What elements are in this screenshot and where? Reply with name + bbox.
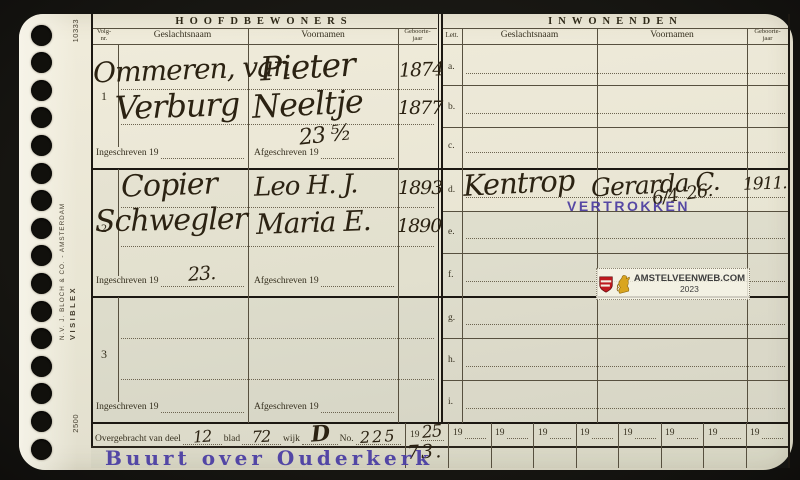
col-header-birthyear-right-2: jaar (747, 36, 788, 43)
dotted-leader (161, 156, 244, 159)
lion-icon (616, 272, 631, 297)
transfer-row: Overgebracht van deel 12 blad 72 wijk D … (95, 426, 401, 445)
year-cell-filled: 19 25 (410, 426, 444, 441)
afgeschreven-label: Afgeschreven 19 (254, 403, 319, 413)
afgeschreven-row-1: Afgeschreven 19 (254, 149, 394, 159)
col-header-firstnames-right: Voornamen (597, 31, 747, 41)
scanned-register-card: 10333 N.V. J. BLOCH & CO. - AMSTERDAM VI… (0, 0, 800, 480)
card-stock-number-top: 10333 (71, 19, 80, 42)
rule-h (443, 380, 788, 381)
rule-v (661, 423, 662, 468)
afgeschreven-label: Afgeschreven 19 (254, 149, 319, 159)
row-letter-b: b. (448, 103, 455, 113)
entry-birthyear: 1893 (398, 179, 442, 198)
rule-v (118, 297, 119, 402)
row-letter-c: c. (448, 142, 455, 152)
dotted-leader (321, 284, 394, 287)
block-number-1: 1 (94, 90, 114, 102)
year-header-cell: 19 (665, 429, 698, 439)
rule-h (91, 44, 437, 45)
year-header: 19 (495, 429, 505, 439)
row-letter-a: a. (448, 63, 455, 73)
row-letter-g: g. (448, 314, 455, 324)
entry-surname: Schwegler (95, 205, 248, 238)
col-header-firstnames-left: Voornamen (248, 31, 398, 41)
punch-hole (31, 190, 52, 211)
entry-surname: Verburg (114, 88, 239, 124)
writing-line (466, 113, 785, 114)
col-header-birthyear-left-2: jaar (398, 36, 437, 43)
manufacturer-imprint: N.V. J. BLOCH & CO. - AMSTERDAM VISIBLEX (59, 190, 77, 340)
dotted-leader (592, 436, 614, 439)
entry-birthyear: 1911. (743, 175, 787, 194)
card-stock-number-bottom: 2500 (71, 414, 80, 433)
year-header: 19 (453, 429, 463, 439)
punch-hole (31, 135, 52, 156)
punch-hole (31, 411, 52, 432)
punch-hole (31, 25, 52, 46)
afgeschreven-row-2: Afgeschreven 19 (254, 277, 394, 287)
watermark-year: 2023 (634, 285, 745, 295)
rule-v (618, 423, 619, 468)
year-prefix: 19 (410, 431, 420, 441)
punch-hole (31, 52, 52, 73)
entry-birthyear: 1877 (398, 99, 442, 118)
writing-line (121, 379, 434, 380)
year-header: 19 (623, 429, 633, 439)
punch-hole (31, 273, 52, 294)
rule-v (462, 28, 463, 423)
entry-firstnames: Leo H. J. (254, 171, 358, 201)
wijk-value: D (310, 425, 329, 444)
transfer-label: Overgebracht van deel (95, 435, 181, 445)
year-header-cell: 19 (708, 429, 741, 439)
ingeschreven-row-1: Ingeschreven 19 (96, 149, 244, 159)
watermark-site: AMSTELVEENWEB.COM (634, 274, 745, 285)
rule-h (443, 253, 788, 254)
rule-h (443, 127, 788, 128)
rule-v (746, 423, 747, 468)
blad-label: blad (224, 435, 240, 445)
rule-v (448, 423, 449, 468)
entry-firstnames: Neeltje (251, 85, 363, 123)
rule-v (747, 28, 748, 423)
ingeschreven-label: Ingeschreven 19 (96, 403, 159, 413)
deel-slot: 12 (183, 431, 222, 445)
ingeschreven-label: Ingeschreven 19 (96, 149, 159, 159)
rule-h (443, 28, 788, 29)
no-label: No. (340, 435, 354, 445)
col-header-volgnr-2: nr. (91, 36, 117, 43)
punch-hole (31, 439, 52, 460)
year-header-cell: 19 (538, 429, 571, 439)
right-table-title: INWONENDEN (443, 17, 788, 28)
year-header: 19 (538, 429, 548, 439)
punch-hole (31, 163, 52, 184)
dotted-leader (720, 436, 742, 439)
writing-line (121, 246, 434, 247)
district-stamp: Buurt over Ouderkerk (105, 448, 405, 468)
row-letter-i: i. (448, 398, 453, 408)
year-header-cell: 19 (495, 429, 528, 439)
year-header-cell: 19 (580, 429, 613, 439)
no-slot: 225 (356, 431, 401, 445)
ingeschreven-row-2: Ingeschreven 19 (96, 277, 244, 287)
rule-h (91, 28, 437, 29)
writing-line (466, 152, 785, 153)
wijk-label: wijk (283, 435, 300, 445)
year-header: 19 (665, 429, 675, 439)
entry-birthyear: 1874 (399, 60, 444, 81)
entry-birthyear: 1890 (397, 217, 441, 236)
block-number-3: 3 (94, 348, 114, 360)
writing-line (466, 324, 785, 325)
writing-line (466, 73, 785, 74)
rule-v (576, 423, 577, 468)
blad-slot: 72 (242, 431, 281, 445)
left-table-title: HOOFDBEWONERS (91, 17, 437, 28)
dotted-leader (161, 410, 244, 413)
col-header-surname-right: Geslachtsnaam (462, 31, 597, 41)
year-header-cell: 19 (750, 429, 783, 439)
year-header-cell: 19 (623, 429, 656, 439)
dotted-leader (550, 436, 572, 439)
blad-value: 72 (252, 430, 271, 444)
rule-v (597, 28, 598, 423)
punch-hole (31, 218, 52, 239)
writing-line (466, 238, 785, 239)
year-value: 25 (422, 425, 443, 440)
punch-hole (31, 80, 52, 101)
punch-hole (31, 328, 52, 349)
no-value: 225 (360, 430, 397, 445)
wijk-slot: D (302, 426, 338, 445)
dotted-leader (465, 436, 487, 439)
ingeschreven-row-3: Ingeschreven 19 (96, 403, 244, 413)
deel-value: 12 (193, 430, 212, 444)
watermark: AMSTELVEENWEB.COM 2023 (596, 268, 750, 300)
dotted-leader (635, 436, 657, 439)
rule-v (248, 28, 249, 423)
col-header-surname-left: Geslachtsnaam (117, 31, 248, 41)
writing-line (466, 408, 785, 409)
year-header: 19 (580, 429, 590, 439)
dotted-leader (321, 156, 394, 159)
dotted-leader (762, 436, 784, 439)
rule-h (443, 338, 788, 339)
ingeschreven-date: 23. (187, 264, 215, 285)
year-slot: 25 (421, 426, 445, 441)
dotted-leader (507, 436, 529, 439)
afgeschreven-label: Afgeschreven 19 (254, 277, 319, 287)
watermark-text: AMSTELVEENWEB.COM 2023 (634, 274, 745, 295)
dotted-leader (677, 436, 699, 439)
ingeschreven-label: Ingeschreven 19 (96, 277, 159, 287)
year-header: 19 (708, 429, 718, 439)
punch-hole (31, 356, 52, 377)
writing-line (121, 338, 434, 339)
dotted-leader (321, 410, 394, 413)
rule-v (491, 423, 492, 468)
rule-v (788, 14, 790, 468)
rule-v (533, 423, 534, 468)
coat-of-arms-shield-icon (599, 273, 613, 296)
entry-firstnames: Pieter (259, 48, 355, 86)
rule-h (443, 85, 788, 86)
brand-name: VISIBLEX (68, 190, 77, 340)
row-letter-h: h. (448, 356, 455, 366)
punch-hole (31, 301, 52, 322)
afgeschreven-row-3: Afgeschreven 19 (254, 403, 394, 413)
year-header-cell: 19 (453, 429, 486, 439)
year-header: 19 (750, 429, 760, 439)
entry-surname: Kentrop (462, 166, 575, 201)
row-letter-d: d. (448, 186, 455, 196)
entry-surname: Copier (121, 169, 218, 202)
manufacturer-name: N.V. J. BLOCH & CO. - AMSTERDAM (59, 190, 66, 340)
rule-v (703, 423, 704, 468)
row-letter-e: e. (448, 228, 455, 238)
entry-firstnames: Maria E. (256, 207, 372, 239)
afgeschreven-date: 23 ⁵⁄₂ (298, 122, 350, 149)
writing-line (466, 366, 785, 367)
col-header-lett: Lett. (442, 32, 462, 39)
rule-h (443, 44, 788, 45)
row-letter-f: f. (448, 271, 454, 281)
